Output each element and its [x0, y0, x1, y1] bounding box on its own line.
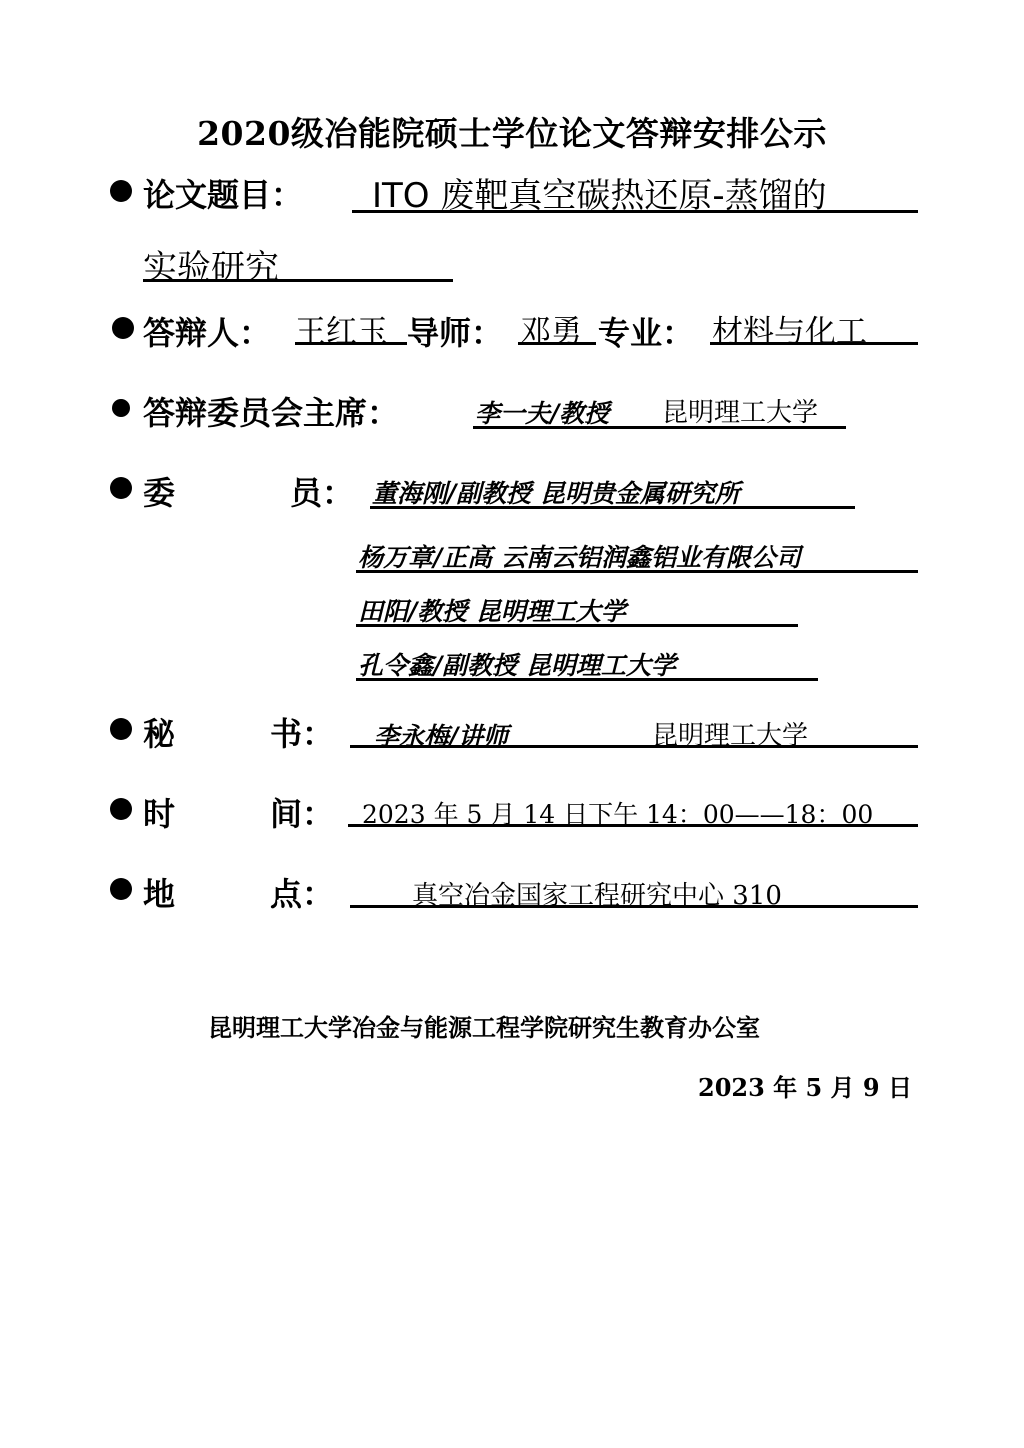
advisor-underline: [518, 342, 596, 345]
location-label-b: 点：: [270, 869, 334, 915]
bullet-icon: [110, 180, 132, 202]
member-underline: [356, 678, 818, 681]
time-label-a: 时: [143, 789, 175, 835]
bullet-icon: [110, 718, 132, 740]
member-item: 孔令鑫/副教授 昆明理工大学: [358, 646, 676, 682]
location-underline: [350, 905, 918, 908]
major-label: 专业：: [598, 308, 694, 354]
chair-name-title: 李一夫/教授: [475, 394, 609, 430]
defender-underline: [295, 342, 407, 345]
member-underline: [356, 570, 918, 573]
secretary-label-b: 书：: [270, 709, 334, 755]
members-label-b: 员：: [290, 468, 354, 514]
bullet-icon: [110, 477, 132, 499]
time-underline: [348, 824, 918, 827]
bullet-icon: [112, 317, 134, 339]
secretary-label-a: 秘: [143, 709, 175, 755]
thesis-underline-2: [143, 279, 453, 282]
issue-date: 2023 年 5 月 9 日: [698, 1068, 912, 1103]
time-label-b: 间：: [270, 789, 334, 835]
thesis-underline-1: [352, 210, 918, 213]
bullet-icon: [110, 798, 132, 820]
page-title: 2020级冶能院硕士学位论文答辩安排公示: [0, 108, 1024, 155]
defender-label: 答辩人：: [143, 308, 271, 354]
advisor-label: 导师：: [407, 308, 503, 354]
chair-affiliation: 昆明理工大学: [662, 392, 818, 429]
secretary-underline: [350, 745, 918, 748]
bullet-icon: [112, 399, 130, 417]
chair-label: 答辩委员会主席：: [143, 388, 399, 434]
location-label-a: 地: [143, 869, 175, 915]
member-underline: [356, 624, 798, 627]
thesis-label: 论文题目：: [143, 170, 303, 216]
member-item: 董海刚/副教授 昆明贵金属研究所: [372, 474, 740, 510]
member-item: 田阳/教授 昆明理工大学: [358, 592, 626, 628]
chair-underline: [473, 426, 846, 429]
members-label-a: 委: [143, 468, 175, 514]
major-underline: [710, 342, 918, 345]
member-underline: [370, 506, 855, 509]
issuer: 昆明理工大学冶金与能源工程学院研究生教育办公室: [208, 1008, 760, 1043]
member-item: 杨万章/正高 云南云铝润鑫铝业有限公司: [358, 538, 801, 574]
bullet-icon: [110, 878, 132, 900]
